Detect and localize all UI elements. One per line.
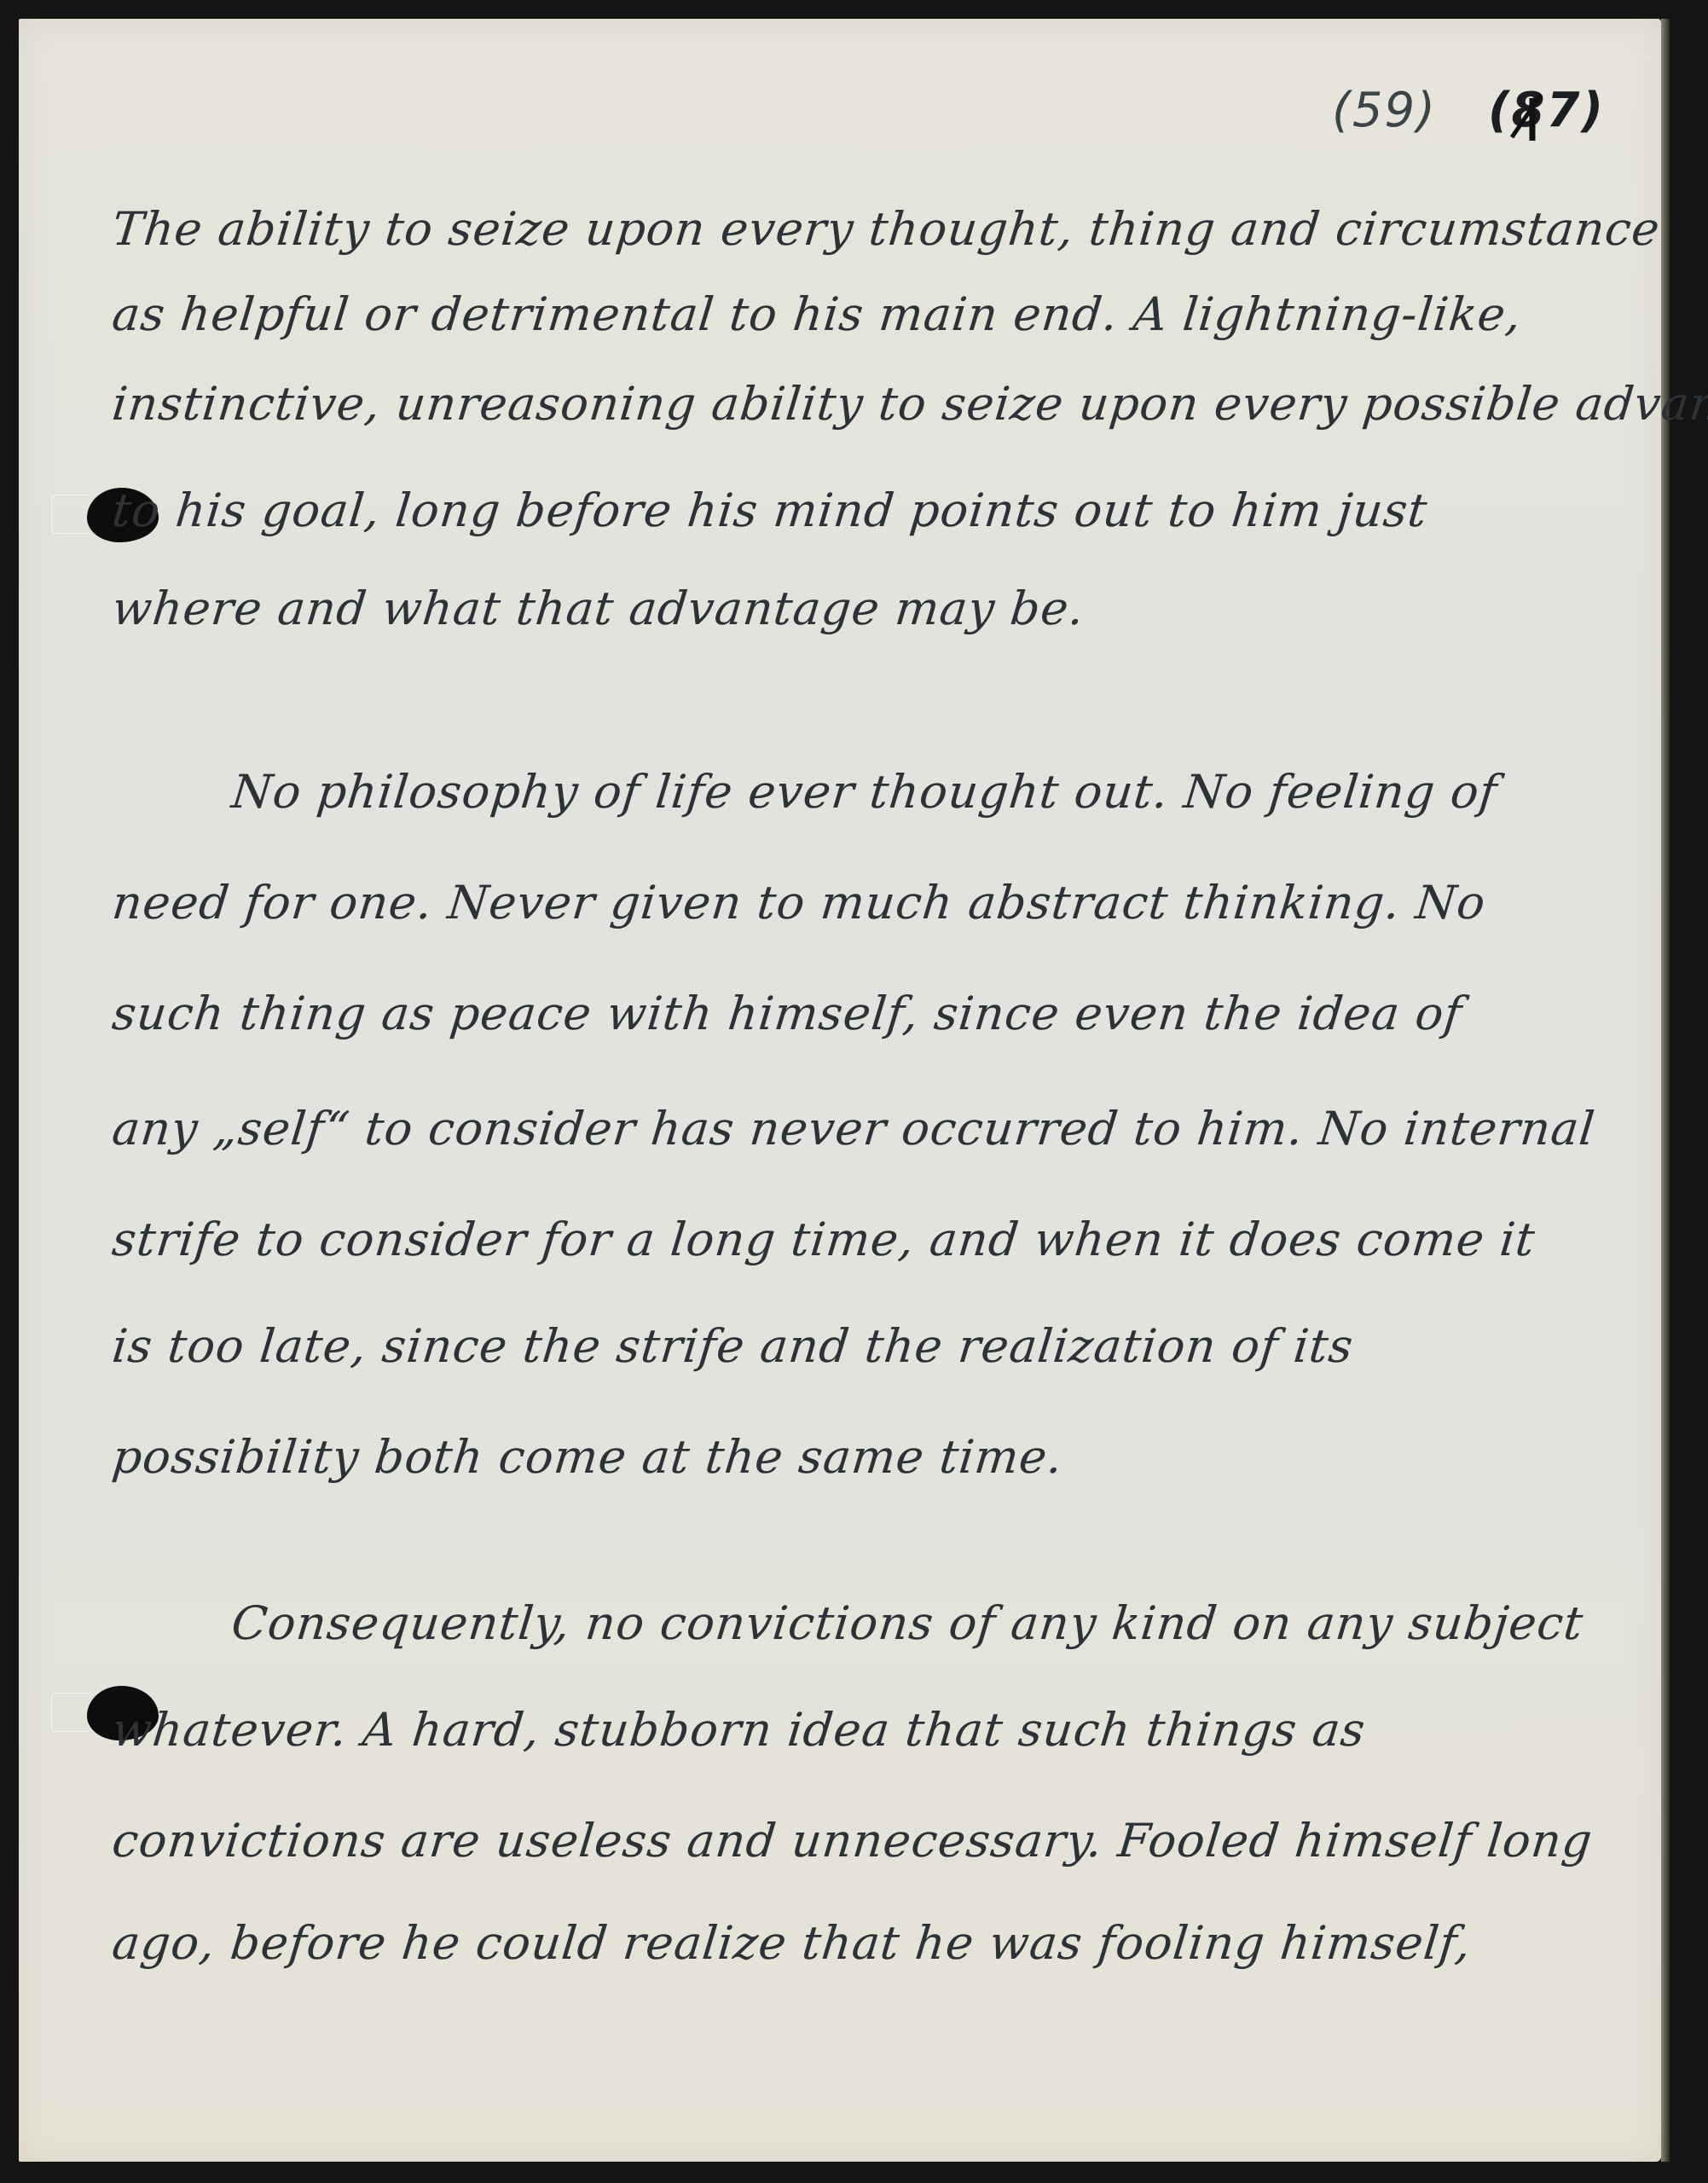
page-number-primary: (59) — [1332, 83, 1437, 138]
text-line: No philosophy of life ever thought out. … — [229, 765, 1501, 819]
text-line: ago, before he could realize that he was… — [110, 1916, 1474, 1970]
text-line: such thing as peace with himself, since … — [110, 987, 1465, 1040]
scan-background: (59) (87) The ability to seize upon ever… — [0, 0, 1708, 2183]
text-line: where and what that advantage may be. — [110, 582, 1087, 635]
text-line: possibility both come at the same time. — [110, 1430, 1066, 1484]
text-line: Consequently, no convictions of any kind… — [229, 1596, 1586, 1650]
page-number-secondary: (87) — [1488, 83, 1605, 138]
text-line: need for one. Never given to much abstra… — [110, 876, 1489, 929]
text-line: as helpful or detrimental to his main en… — [110, 287, 1525, 341]
paper-edge — [1661, 19, 1670, 2162]
text-line: to his goal, long before his mind points… — [110, 484, 1431, 537]
text-line: is too late, since the strife and the re… — [110, 1319, 1357, 1373]
text-line: convictions are useless and unnecessary.… — [110, 1814, 1595, 1867]
text-line: instinctive, unreasoning ability to seiz… — [110, 377, 1708, 431]
page-number-group: (59) (87) — [1332, 83, 1605, 138]
text-line: strife to consider for a long time, and … — [110, 1213, 1538, 1266]
text-line: The ability to seize upon every thought,… — [110, 202, 1663, 256]
text-line: any „self“ to consider has never occurre… — [110, 1102, 1598, 1155]
manuscript-page: (59) (87) The ability to seize upon ever… — [19, 19, 1661, 2162]
text-line: whatever. A hard, stubborn idea that suc… — [110, 1703, 1369, 1757]
